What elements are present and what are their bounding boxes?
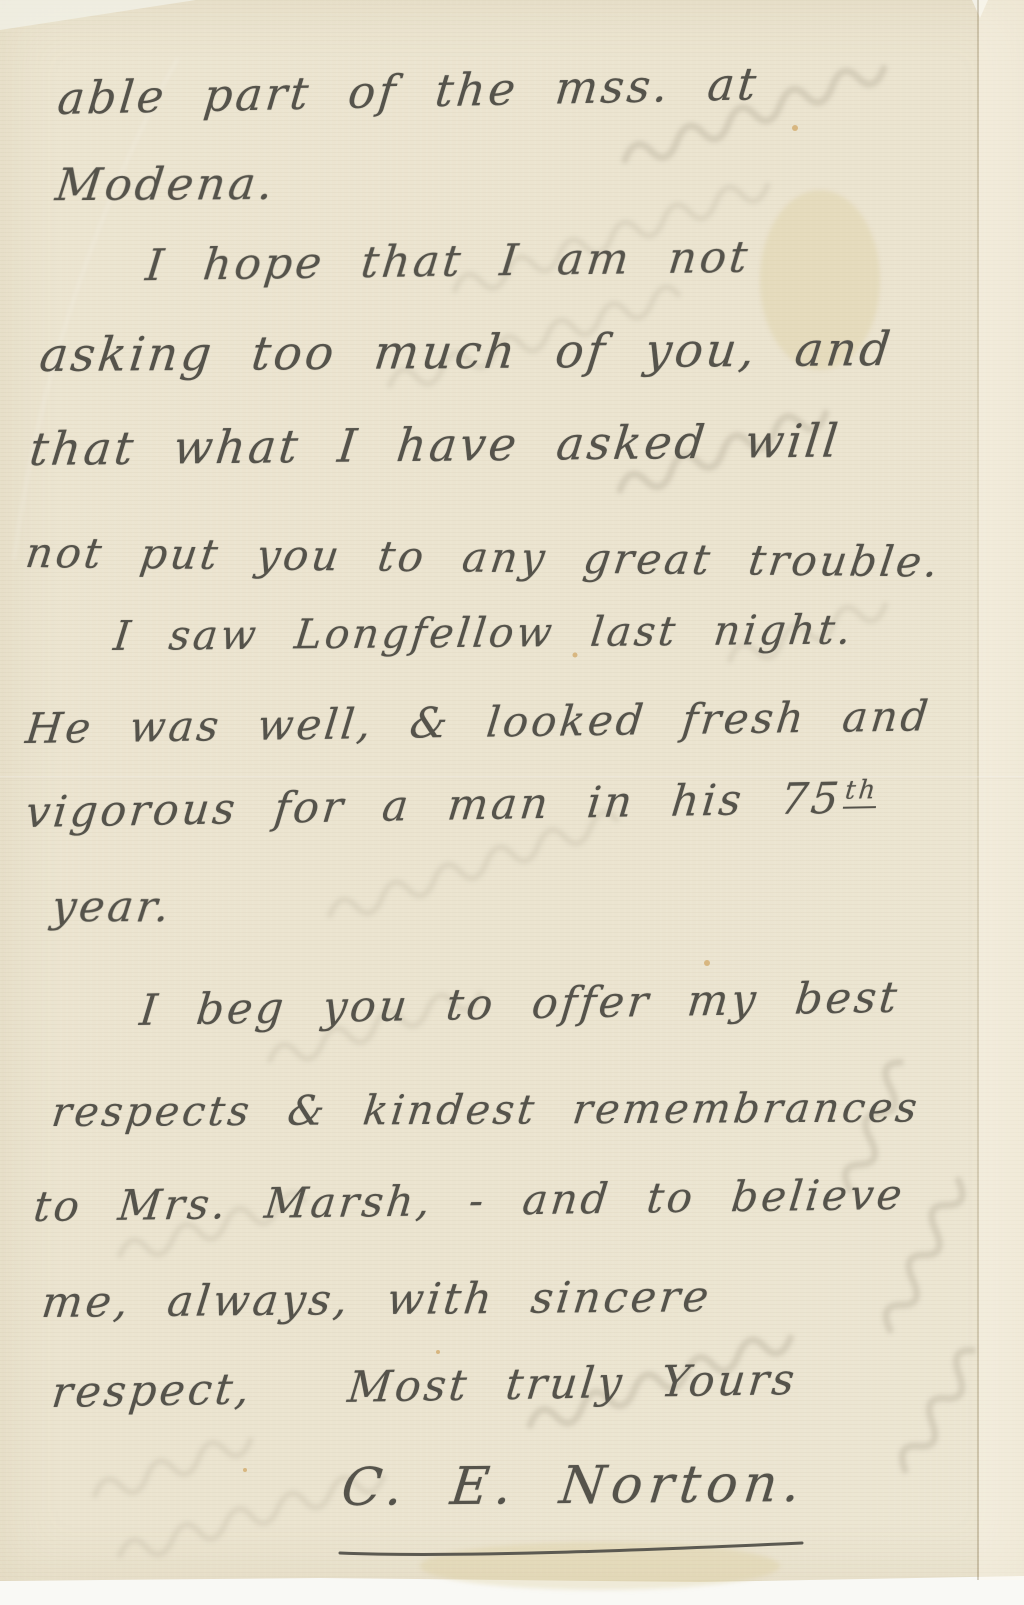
handwriting-line: not put you to any great trouble. bbox=[23, 528, 944, 587]
ordinal-superscript: th bbox=[843, 775, 879, 809]
handwriting-line: I hope that I am not bbox=[143, 232, 753, 292]
closing-phrase: Most truly Yours bbox=[345, 1355, 799, 1413]
handwriting-line: me, always, with sincere bbox=[39, 1272, 714, 1328]
scanned-letter-page: able part of the mss. at Modena. I hope … bbox=[0, 0, 1024, 1605]
handwriting-line: Modena. bbox=[53, 157, 279, 211]
handwriting-line: year. bbox=[49, 882, 175, 932]
signature-underline bbox=[330, 1534, 820, 1564]
handwriting-line: asking too much of you, and bbox=[37, 322, 896, 383]
handwriting-text: respect, bbox=[49, 1364, 254, 1418]
handwriting-line: respects & kindest remembrances bbox=[49, 1083, 922, 1136]
handwriting-line: I saw Longfellow last night. bbox=[111, 606, 856, 661]
signature: C. E. Norton. bbox=[339, 1454, 810, 1518]
handwriting-line: that what I have asked will bbox=[27, 413, 844, 476]
